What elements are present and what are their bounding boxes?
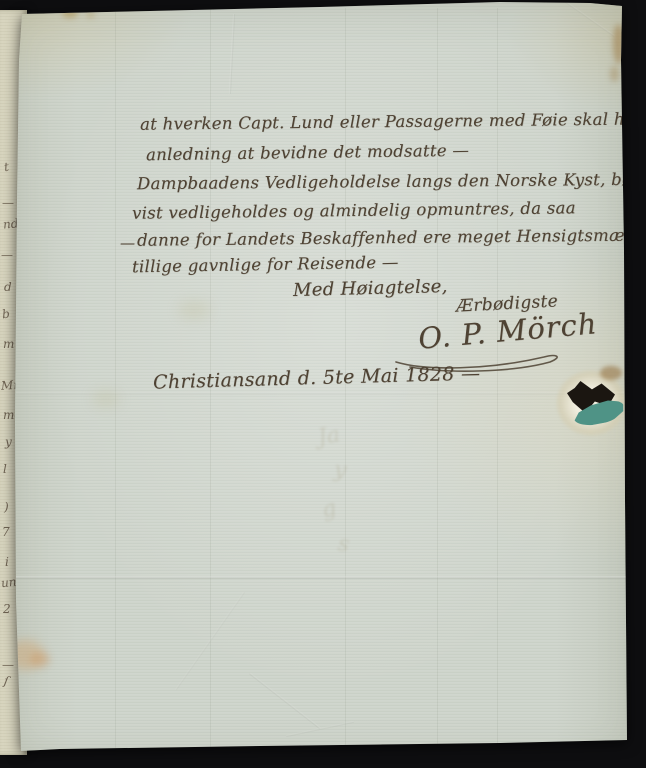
fold-crease [16,576,626,579]
dateline: Christiansand d. 5te Mai 1828 — [153,362,481,393]
letter-line-3: Dampbaadens Vedligeholdelse langs den No… [137,170,641,193]
ink-bleed-ghost: y [333,457,348,483]
ink-bleed-ghost: Ja [316,422,342,450]
fold-crease [229,14,235,94]
letter-page-wrap: Ja y g s at hverken Capt. Lund eller Pas… [0,0,646,768]
stain [86,12,95,18]
wrinkle-crease [565,1,615,37]
ink-bleed-ghost: s [336,531,351,557]
letter-line-4: vist vedligeholdes og almindelig opmuntr… [132,198,576,222]
stain [30,652,50,667]
letter-line-6: tillige gavnlige for Reisende — [132,253,399,277]
stain [600,366,622,380]
photo-background: t — nd — d b m Mne me y l ) 7 i und 2 — … [0,0,646,768]
stain [92,390,120,408]
fold-crease [115,8,116,748]
closing-phrase: Med Høiagtelse, [293,276,448,301]
stain [613,24,624,64]
letter-line-1: at hverken Capt. Lund eller Passagerne m… [140,109,646,133]
stain [62,9,78,18]
letter-page: Ja y g s at hverken Capt. Lund eller Pas… [0,0,646,768]
margin-dash: — [120,234,135,252]
stain [610,66,619,82]
letter-line-2: anledning at bevidne det modsatte — [146,141,469,165]
wrinkle-crease [249,673,321,730]
stain [178,300,210,320]
ink-bleed-ghost: g [319,496,339,524]
letter-line-5: danne for Landets Beskaffenhed ere meget… [137,225,646,250]
